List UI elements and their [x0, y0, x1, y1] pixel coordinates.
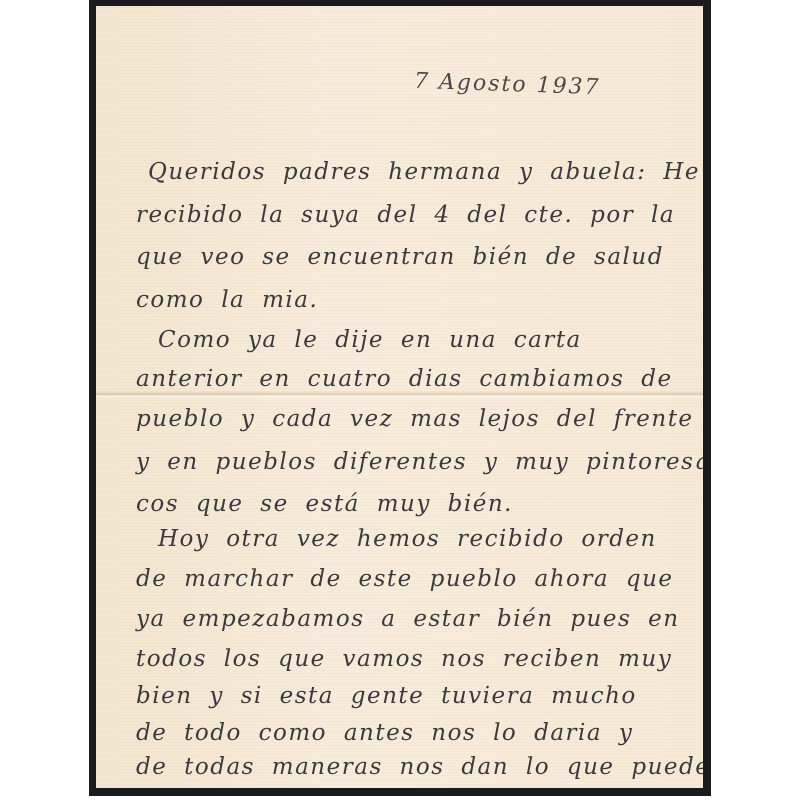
- letter-line-16: de todas maneras nos dan lo que pueden: [136, 754, 703, 780]
- letter-line-1: Queridos padres hermana y abuela: He: [148, 159, 700, 185]
- letter-line-13: todos los que vamos nos reciben muy: [136, 646, 672, 672]
- letter-line-8: y en pueblos diferentes y muy pintoresq-: [136, 449, 703, 475]
- letter-line-11: de marchar de este pueblo ahora que: [136, 566, 674, 592]
- letter-line-9: cos que se está muy bién.: [136, 491, 513, 517]
- letter-line-3: que veo se encuentran bién de salud: [136, 244, 664, 270]
- letter-line-10: Hoy otra vez hemos recibido orden: [158, 526, 657, 552]
- letter-line-2: recibido la suya del 4 del cte. por la: [136, 202, 675, 228]
- letter-line-5: Como ya le dije en una carta: [158, 327, 582, 353]
- letter-line-6: anterior en cuatro dias cambiamos de: [136, 366, 673, 392]
- letter-date: 7 Agosto 1937: [414, 69, 601, 100]
- letter-line-7: pueblo y cada vez mas lejos del frente: [136, 406, 694, 432]
- letter-line-15: de todo como antes nos lo daria y: [136, 720, 633, 746]
- fold-crease: [96, 391, 703, 399]
- letter-line-4: como la mia.: [136, 287, 318, 313]
- letter-page: 7 Agosto 1937 Queridos padres hermana y …: [96, 6, 703, 788]
- letter-line-12: ya empezabamos a estar bién pues en: [136, 606, 680, 632]
- letter-line-14: bien y si esta gente tuviera mucho: [136, 683, 637, 709]
